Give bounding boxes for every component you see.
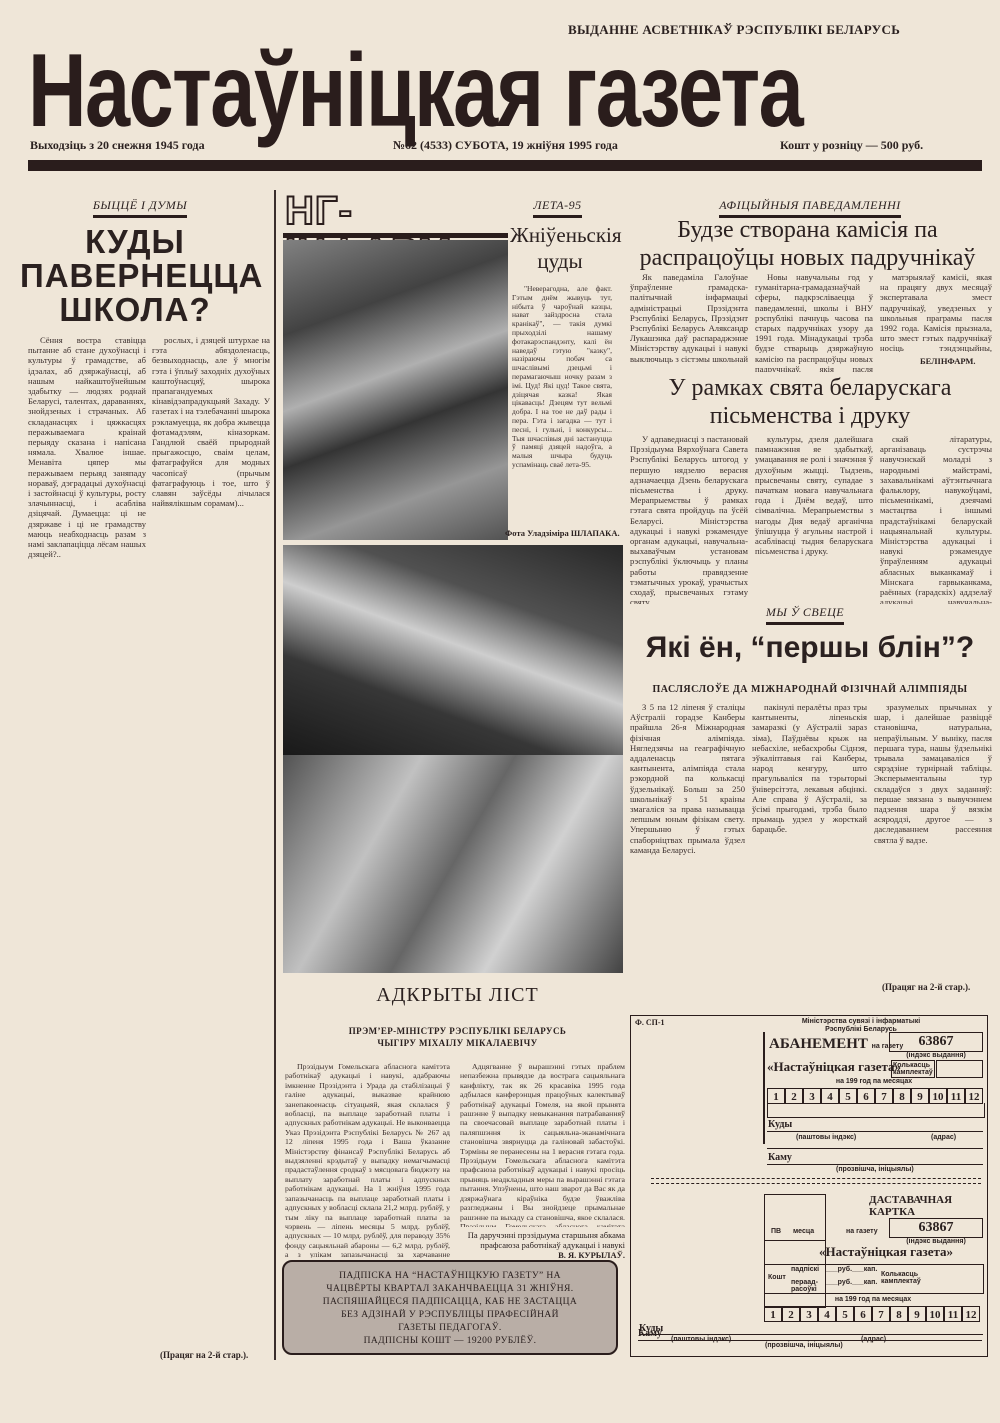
delivery-paper-name: «Настаўніцкая газета» <box>791 1244 981 1260</box>
month-cell[interactable]: 5 <box>839 1088 857 1104</box>
rubric-we-in-world: МЫ Ў СВЕЦЕ <box>760 605 850 625</box>
headline-where-school: КУДЫ ПАВЕРНЕЦЦА ШКОЛА? <box>20 225 250 327</box>
month-cell[interactable]: 8 <box>893 1088 911 1104</box>
festival-col1: У адпаведнасці з пастановай Прэзідыума В… <box>630 434 748 604</box>
logo-rule <box>283 233 508 238</box>
sets-field[interactable] <box>936 1060 983 1078</box>
rubric-life-thoughts: БЫЦЦЁ І ДУМЫ <box>60 198 220 218</box>
world-col3: зразумелых прычынах у шар, і далейшае ра… <box>874 702 992 967</box>
paper-name: «Настаўніцкая газета» <box>767 1059 901 1075</box>
photo-children-playground <box>283 755 623 973</box>
rubric-summer-95: ЛЕТА-95 <box>515 198 600 218</box>
where-label: Куды <box>768 1119 792 1130</box>
months-caption: на 199 год па месяцах <box>767 1078 981 1085</box>
masthead-rule <box>28 160 982 171</box>
pv-label: ПВ <box>771 1228 781 1235</box>
world-col1: З 5 па 12 ліпеня ў сталіцы Аўстраліі гор… <box>630 702 745 977</box>
continued-note-world: (Працяг на 2-й стар.). <box>882 982 970 992</box>
delivery-months-row: 123456789101112 <box>764 1305 982 1323</box>
letter-signature: Па даручэнні прэзідыума старшыня абкама … <box>460 1230 625 1260</box>
month-cell[interactable]: 9 <box>911 1088 929 1104</box>
month-cell[interactable]: 11 <box>947 1088 965 1104</box>
headline-august-miracles: Жніўеньскія цуды <box>510 222 610 274</box>
price-line: Кошт у розніцу — 500 руб. <box>780 138 923 153</box>
subscription-label: АБАНЕМЕНТ на газету <box>769 1036 903 1053</box>
index-caption: (індэкс выдання) <box>889 1052 983 1059</box>
month-cell[interactable]: 2 <box>785 1088 803 1104</box>
festival-col2: культуры, дзеля далейшага памнажэння яе … <box>755 434 873 589</box>
headline-open-letter: АДКРЫТЫ ЛІСТ <box>280 984 635 1007</box>
headline-first-pancake: Які ён, “першы блін”? <box>630 630 990 666</box>
headline-textbook-commission: Будзе створана камісія па распрацоўцы но… <box>625 216 990 272</box>
paper-index-field[interactable]: 63867 <box>889 1032 983 1052</box>
official-signature: БЕЛІНФАРМ. <box>920 356 976 366</box>
official-col1: Як паведаміла Галоўнае ўпраўленне грамад… <box>630 272 748 364</box>
subscription-notice: ПАДПІСКА НА “НАСТАЎНІЦКУЮ ГАЗЕТУ” НА ЧАЦ… <box>282 1260 618 1355</box>
continued-note-left: (Працяг на 2-й стар.). <box>160 1350 248 1360</box>
left-article-col1: Сёння востра ставіцца пытанне аб стане д… <box>28 335 146 1345</box>
newspaper-title: Настаўніцкая газета <box>28 36 774 146</box>
month-cell[interactable]: 1 <box>767 1088 785 1104</box>
subscription-coupon[interactable]: Ф. СП-1 Міністэрства сувязі і інфарматык… <box>630 1015 988 1357</box>
festival-col3: скай літаратуры, арганізаваць сустрэчы н… <box>880 434 992 604</box>
official-col2: Новы навучальны год у гуманітарна-грамад… <box>755 272 873 372</box>
letter-col1: Прэзідыум Гомельскага абласнога камітэта… <box>285 1062 450 1258</box>
photo-credit: Фота Уладзіміра ШЛАПАКА. <box>505 528 620 538</box>
form-code: Ф. СП-1 <box>635 1018 665 1027</box>
letter-addressee: ПРЭМ’ЕР-МІНІСТРУ РЭСПУБЛІКІ БЕЛАРУСЬ ЧЫГ… <box>280 1025 635 1049</box>
place-label: месца <box>793 1228 814 1235</box>
month-cell[interactable]: 12 <box>965 1088 983 1104</box>
rubric-official-reports: АФІЦЫЙНЫЯ ПАВЕДАМЛЕННІ <box>700 198 920 218</box>
month-cell[interactable]: 10 <box>929 1088 947 1104</box>
cost-label: Кошт <box>768 1274 786 1281</box>
sets-label: Колькасць камплектаў <box>891 1060 935 1078</box>
left-article-col2: рослых, і дзяцей штурхае на гэта абяздол… <box>152 335 270 1335</box>
month-cell[interactable]: 7 <box>875 1088 893 1104</box>
founded-line: Выходзіць з 20 снежня 1945 года <box>30 138 205 153</box>
subhead-physics-olympiad: ПАСЛЯСЛОЎЕ ДА МІЖНАРОДНАЙ ФІЗІЧНАЙ АЛІМП… <box>630 684 990 695</box>
month-cell[interactable]: 4 <box>821 1088 839 1104</box>
month-cell[interactable]: 6 <box>857 1088 875 1104</box>
whom-label: Каму <box>768 1152 792 1163</box>
letter-col2: Адцягванне ў вырашэнні гэтых праблем неп… <box>460 1062 625 1227</box>
official-col3: матэрыялаў камісіі, якая на працягу двух… <box>880 272 992 352</box>
world-col2: пакінулі пералёты праз тры кантыненты, л… <box>752 702 867 977</box>
month-cell[interactable]: 3 <box>803 1088 821 1104</box>
photo-girl <box>283 545 623 755</box>
whom-field[interactable] <box>767 1164 983 1165</box>
summer-article-body: "Неверагодна, але факт. Гэтым днём жывуц… <box>512 285 612 515</box>
delivery-card-title: ДАСТАВАЧНАЯ КАРТКА <box>869 1194 952 1218</box>
column-divider <box>274 190 276 1360</box>
where-field[interactable] <box>767 1131 983 1132</box>
issue-line: №62 (4533) СУБОТА, 19 жніўня 1995 года <box>393 138 618 153</box>
delivery-index-field[interactable]: 63867 <box>889 1218 983 1238</box>
photo-information-stand <box>283 240 508 540</box>
headline-writing-festival: У рамках свята беларускага пісьменства і… <box>640 374 980 430</box>
tear-line <box>651 1178 981 1179</box>
